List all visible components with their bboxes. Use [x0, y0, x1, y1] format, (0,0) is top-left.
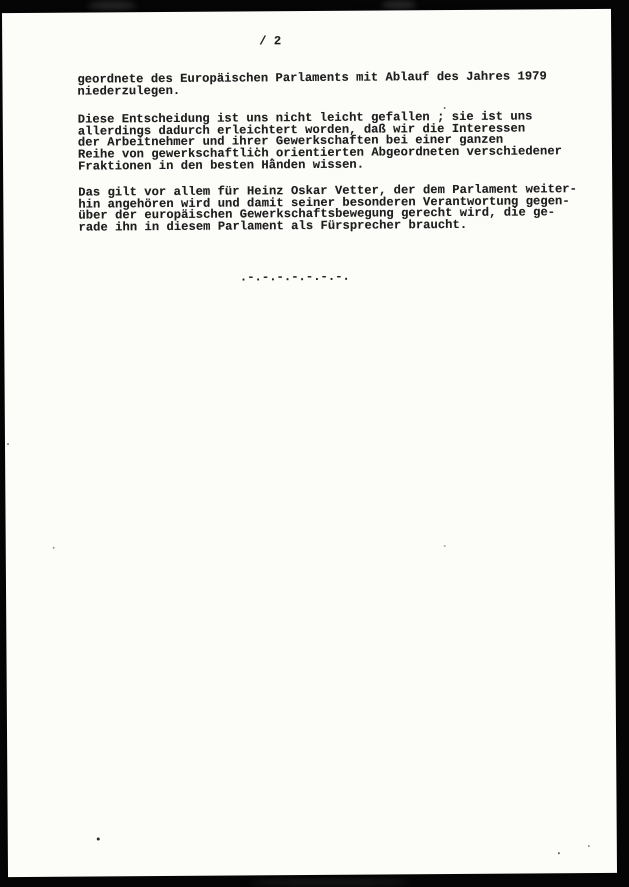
scan-border-smudge [88, 1, 136, 10]
paragraph-3: Das gilt vor allem für Heinz Oskar Vette… [78, 184, 577, 234]
document-page: / 2 geordnete des Europäischen Parlament… [2, 9, 617, 877]
scan-artifact [588, 845, 590, 847]
scan-artifact [53, 547, 55, 549]
scan-artifact [558, 852, 560, 854]
scan-border-smudge [250, 879, 410, 886]
paragraph-1: geordnete des Europäischen Parlaments mi… [77, 71, 547, 98]
scan-artifact [271, 158, 273, 160]
page-number-text: / 2 [259, 36, 281, 48]
text-line: rade ihn in diesem Parlament als Fürspre… [78, 219, 577, 234]
scan-artifact [97, 837, 100, 840]
scan-artifact [444, 545, 446, 547]
scan-artifact [256, 147, 258, 149]
scan-artifact [7, 443, 9, 445]
scan-background: / 2 geordnete des Europäischen Parlament… [0, 0, 629, 887]
page-number: / 2 [259, 36, 281, 48]
scan-border-smudge [382, 0, 416, 10]
text-line: niederzulegen. [78, 83, 547, 98]
separator-text: .-.-.-.-.-.-.-. [240, 272, 350, 284]
section-separator: .-.-.-.-.-.-.-. [240, 272, 350, 284]
scan-artifact [444, 107, 446, 109]
text-line: Fraktionen in den besten Händen wissen. [78, 158, 562, 173]
paragraph-2: Diese Entscheidung ist uns nicht leicht … [78, 111, 562, 173]
